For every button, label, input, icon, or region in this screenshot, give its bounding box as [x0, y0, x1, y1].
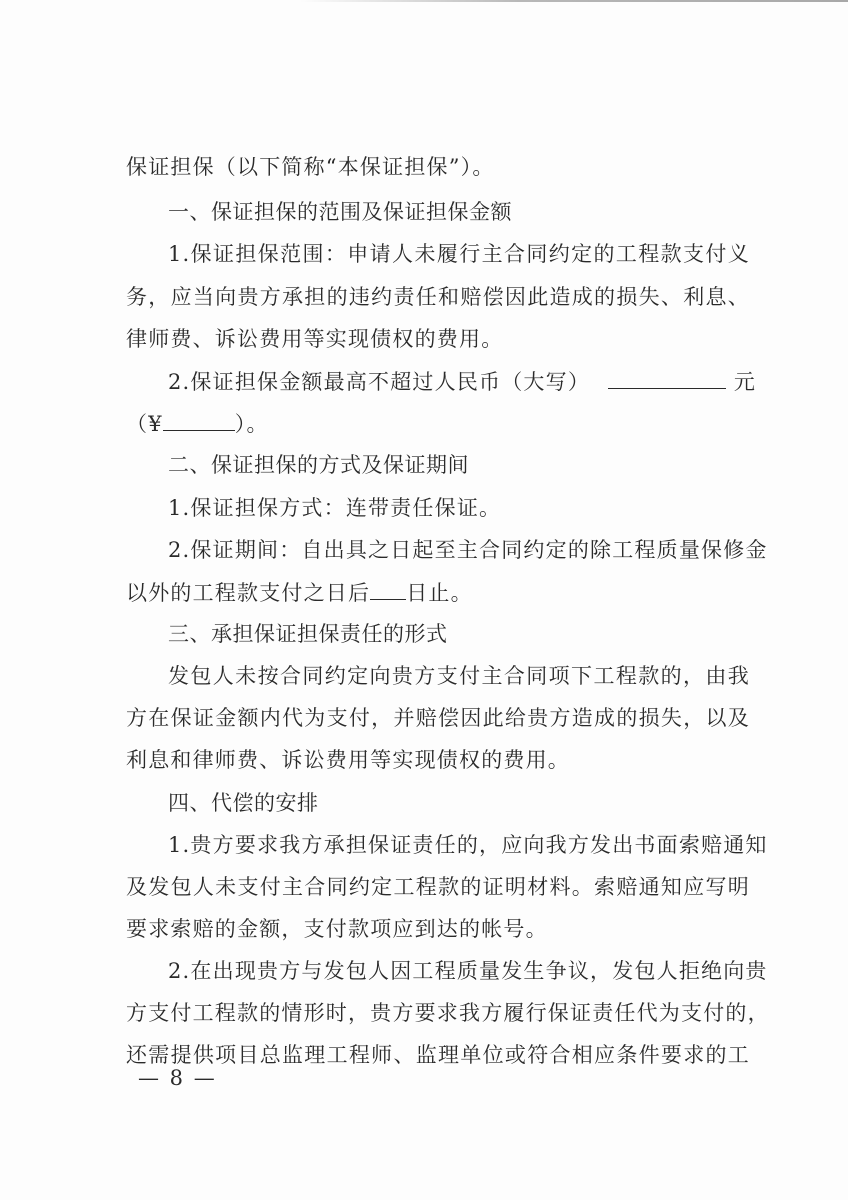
- paragraph-line: 发包人未按合同约定向贵方支付主合同项下工程款的，由我: [168, 661, 750, 691]
- paragraph-line: 务，应当向贵方承担的违约责任和赔偿因此造成的损失、利息、: [126, 282, 750, 312]
- paragraph-line: 1.保证担保范围：申请人未履行主合同约定的工程款支付义: [168, 239, 750, 269]
- amount-figure-open: （¥: [126, 412, 163, 436]
- paragraph-line: 律师费、诉讼费用等实现债权的费用。: [126, 324, 750, 354]
- period-days-blank[interactable]: [370, 577, 406, 600]
- page-number: — 8 —: [138, 1063, 217, 1093]
- paragraph-line: 2.保证期间：自出具之日起至主合同约定的除工程质量保修金: [168, 535, 750, 565]
- paragraph-line: 1.贵方要求我方承担保证责任的，应向我方发出书面索赔通知: [168, 830, 750, 860]
- paragraph-line: 还需提供项目总监理工程师、监理单位或符合相应条件要求的工: [126, 1040, 750, 1070]
- period-line: 以外的工程款支付之日后日止。: [126, 577, 750, 607]
- amount-words-blank[interactable]: [608, 366, 726, 389]
- document-page: 保证担保（以下简称“本保证担保”）。 一、保证担保的范围及保证担保金额 1.保证…: [0, 0, 848, 1200]
- paragraph-line: 方支付工程款的情形时，贵方要求我方履行保证责任代为支付的，: [126, 998, 750, 1028]
- section-heading-3: 三、承担保证担保责任的形式: [168, 619, 750, 649]
- amount-figure-close: ）。: [235, 412, 269, 436]
- amount-figure-blank[interactable]: [163, 408, 235, 431]
- amount-label: 2.保证担保金额最高不超过人民币（大写）: [168, 370, 590, 394]
- paragraph-line: 要求索赔的金额，支付款项应到达的帐号。: [126, 914, 750, 944]
- paragraph-line: 及发包人未支付主合同约定工程款的证明材料。索赔通知应写明: [126, 872, 750, 902]
- paragraph-line: 2.在出现贵方与发包人因工程质量发生争议，发包人拒绝向贵: [168, 956, 750, 986]
- amount-line: 2.保证担保金额最高不超过人民币（大写） 元: [168, 366, 750, 396]
- section-heading-4: 四、代偿的安排: [168, 788, 750, 818]
- period-end: 日止。: [406, 581, 473, 605]
- paragraph-line: 方在保证金额内代为支付，并赔偿因此给贵方造成的损失，以及: [126, 703, 750, 733]
- section-heading-2: 二、保证担保的方式及保证期间: [168, 450, 750, 480]
- paragraph-line: 利息和律师费、诉讼费用等实现债权的费用。: [126, 745, 750, 775]
- amount-unit: 元: [734, 370, 756, 394]
- intro-line: 保证担保（以下简称“本保证担保”）。: [126, 152, 750, 182]
- period-text: 以外的工程款支付之日后: [126, 581, 370, 605]
- section-heading-1: 一、保证担保的范围及保证担保金额: [168, 197, 750, 227]
- amount-figure-line: （¥）。: [126, 408, 750, 438]
- paragraph-line: 1.保证担保方式：连带责任保证。: [168, 493, 750, 523]
